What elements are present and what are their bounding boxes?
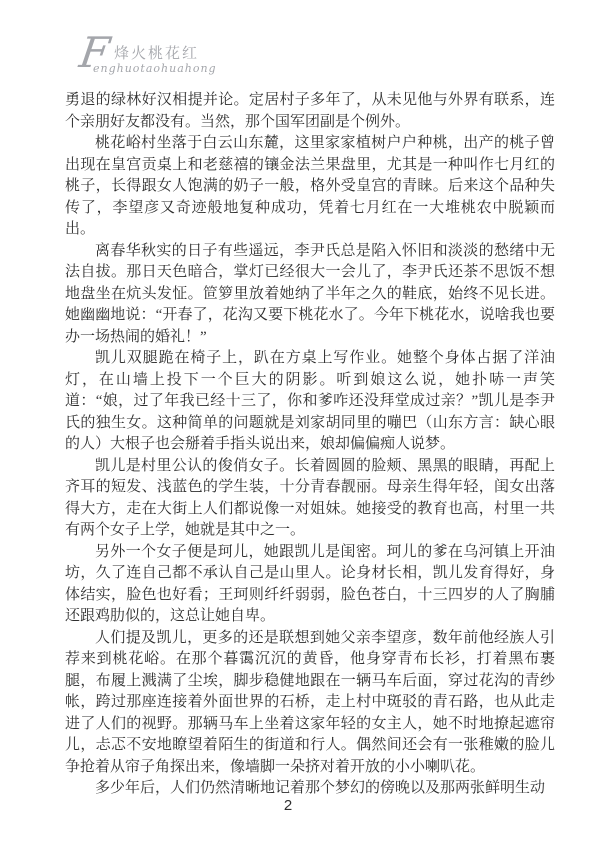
- paragraph: 人们提及凯儿，更多的还是联想到她父亲李望彦，数年前他经族人引荐来到桃花峪。在那个…: [65, 628, 555, 779]
- body-text: 勇退的绿林好汉相提并论。定居村子多年了，从未见他与外界有联系，连个亲朋好友都没有…: [65, 90, 555, 800]
- page-footer: 2: [0, 797, 576, 815]
- publisher-logo: F 烽火桃花红 enghuotaohuahong: [0, 0, 615, 95]
- paragraph: 凯儿是村里公认的俊俏女子。长着圆圆的脸颊、黑黑的眼睛，再配上齐耳的短发、浅蓝色的…: [65, 456, 555, 542]
- paragraph: 勇退的绿林好汉相提并论。定居村子多年了，从未见他与外界有联系，连个亲朋好友都没有…: [65, 90, 555, 133]
- logo-pinyin: enghuotaohuahong: [93, 62, 217, 75]
- logo-title: 烽火桃花红: [114, 46, 199, 63]
- page-number: 2: [284, 797, 292, 814]
- document-page: F 烽火桃花红 enghuotaohuahong 勇退的绿林好汉相提并论。定居村…: [0, 0, 615, 858]
- paragraph: 离春华秋实的日子有些遥远，李尹氏总是陷入怀旧和淡淡的愁绪中无法自拔。那日天色暗合…: [65, 241, 555, 349]
- paragraph: 桃花峪村坐落于白云山东麓，这里家家植树户户种桃，出产的桃子曾出现在皇宫贡桌上和老…: [65, 133, 555, 241]
- paragraph: 凯儿双腿跪在椅子上，趴在方桌上写作业。她整个身体占据了洋油灯，在山墙上投下一个巨…: [65, 348, 555, 456]
- paragraph: 另外一个女子便是珂儿，她跟凯儿是闺密。珂儿的爹在乌河镇上开油坊，久了连自己都不承…: [65, 542, 555, 628]
